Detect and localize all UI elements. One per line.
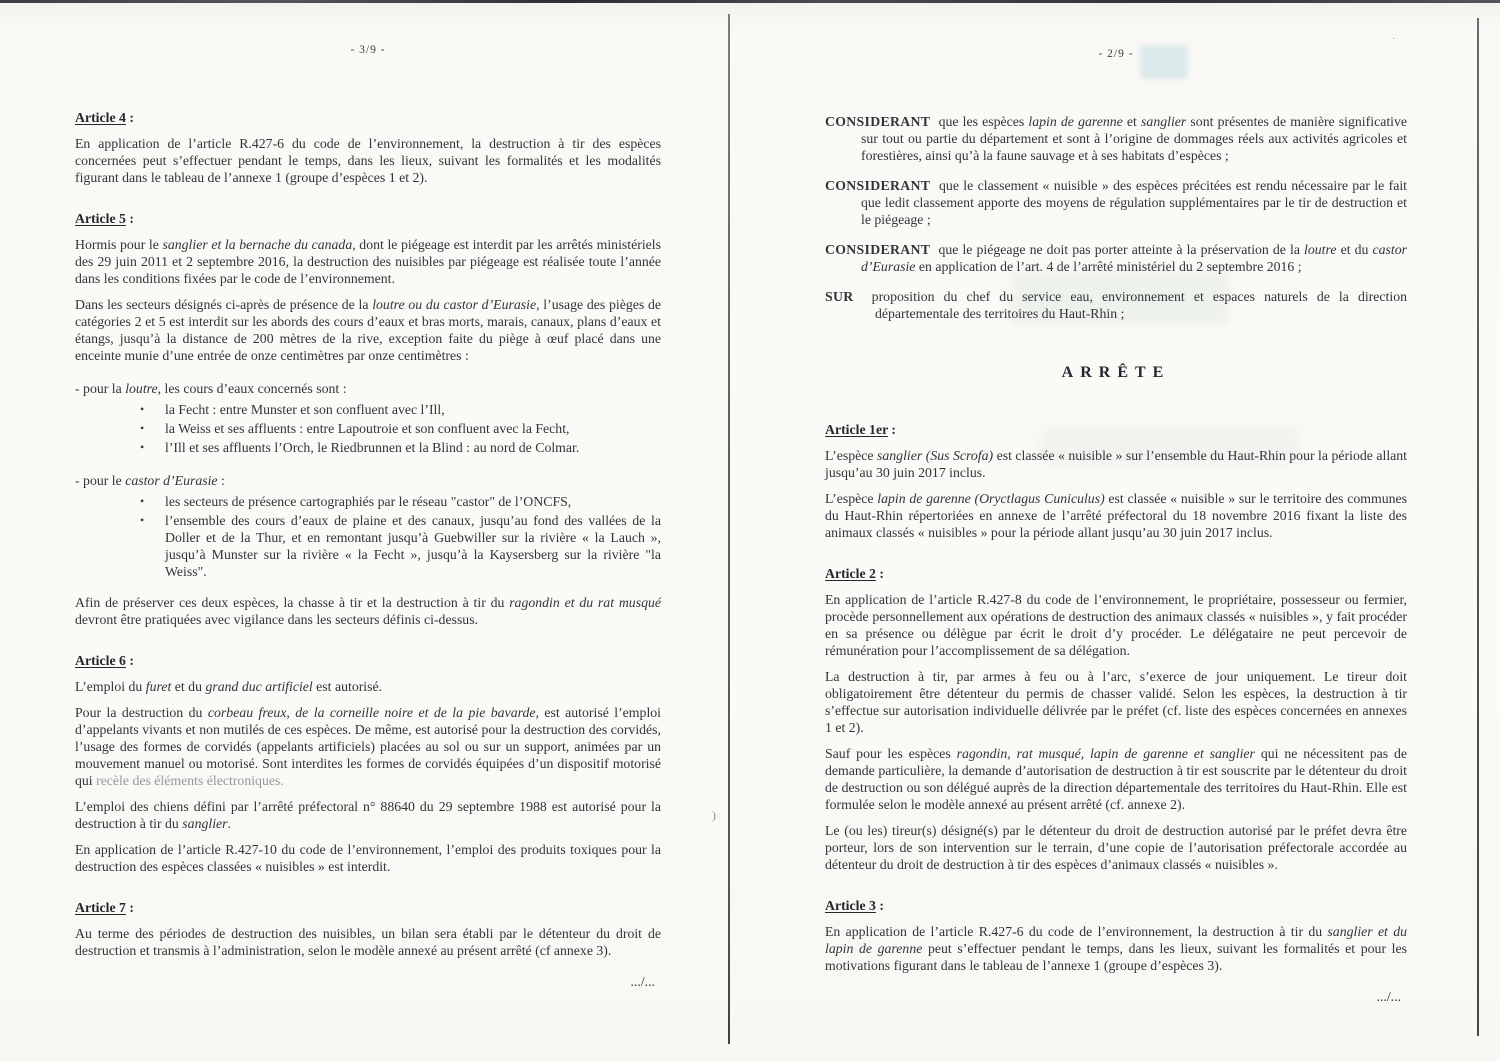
paragraph: L’emploi des chiens défini par l’arrêté …: [75, 798, 661, 832]
species-name-italic: sanglier et du lapin de garenne: [825, 924, 1407, 956]
continuation-mark: .../...: [825, 988, 1407, 1005]
continuation-mark: .../...: [75, 973, 661, 990]
clause-keyword: CONSIDERANT: [825, 114, 930, 129]
document-page-2of9: - 2/9 -CONSIDERANT que les espèces lapin…: [825, 40, 1407, 1005]
dash-item: - pour le castor d’Eurasie :: [75, 472, 661, 489]
sur-clause: SUR proposition du chef du service eau, …: [825, 288, 1407, 322]
species-name-italic: sanglier: [182, 816, 227, 831]
article-heading: Article 1er :: [825, 421, 1407, 438]
article-heading-label: Article 3: [825, 898, 876, 913]
article-heading-label: Article 7: [75, 900, 126, 915]
species-name-italic: grand duc artificiel: [205, 679, 312, 694]
bullet-item: la Fecht : entre Munster et son confluen…: [165, 401, 661, 418]
article-heading-label: Article 4: [75, 110, 126, 125]
article-heading-label: Article 1er: [825, 422, 888, 437]
scan-top-edge-artifact: [0, 0, 1500, 3]
paragraph: L’espèce sanglier (Sus Scrofa) est class…: [825, 447, 1407, 481]
species-name-italic: loutre ou du castor d’Eurasie: [372, 297, 536, 312]
document-page-3of9: - 3/9 -Article 4 :En application de l’ar…: [75, 36, 661, 990]
bullet-item: l’Ill et ses affluents l’Orch, le Riedbr…: [165, 439, 661, 456]
decree-title: ARRÊTE: [825, 364, 1407, 381]
paragraph: En application de l’article R.427-10 du …: [75, 841, 661, 875]
species-name-italic: ragondin, rat musqué, lapin de garenne e…: [957, 746, 1255, 761]
paragraph: Hormis pour le sanglier et la bernache d…: [75, 236, 661, 287]
article-heading: Article 7 :: [75, 899, 661, 916]
considerant-clause: CONSIDERANT que le classement « nuisible…: [825, 177, 1407, 228]
scanned-document: ) · - 3/9 -Article 4 :En application de …: [0, 0, 1500, 1061]
species-name-italic: sanglier (Sus Scrofa): [877, 448, 993, 463]
article-heading-label: Article 6: [75, 653, 126, 668]
species-name-italic: furet: [146, 679, 172, 694]
paragraph: En application de l’article R.427-6 du c…: [75, 135, 661, 186]
species-name-italic: lapin de garenne (Oryctlagus Cuniculus): [877, 491, 1104, 506]
scan-speck: ): [712, 808, 716, 823]
page-number: - 3/9 -: [75, 42, 661, 59]
paragraph: L’espèce lapin de garenne (Oryctlagus Cu…: [825, 490, 1407, 541]
paragraph: Au terme des périodes de destruction des…: [75, 925, 661, 959]
considerant-clause: CONSIDERANT que les espèces lapin de gar…: [825, 113, 1407, 164]
article-heading: Article 2 :: [825, 565, 1407, 582]
paragraph: La destruction à tir, par armes à feu ou…: [825, 668, 1407, 736]
species-name-italic: loutre: [125, 381, 157, 396]
paragraph: En application de l’article R.427-8 du c…: [825, 591, 1407, 659]
species-name-italic: sanglier: [1141, 114, 1186, 129]
paragraph: L’emploi du furet et du grand duc artifi…: [75, 678, 661, 695]
considerant-clause: CONSIDERANT que le piégeage ne doit pas …: [825, 241, 1407, 275]
bullet-item: l’ensemble des cours d’eaux de plaine et…: [165, 512, 661, 580]
page-right-edge-line: [1477, 18, 1479, 1036]
article-heading: Article 5 :: [75, 210, 661, 227]
bullet-item: la Weiss et ses affluents : entre Lapout…: [165, 420, 661, 437]
species-name-italic: corbeau freux, de la corneille noire et …: [208, 705, 536, 720]
bullet-list: la Fecht : entre Munster et son confluen…: [75, 401, 661, 456]
article-heading-label: Article 2: [825, 566, 876, 581]
paragraph: Le (ou les) tireur(s) désigné(s) par le …: [825, 822, 1407, 873]
page-number: - 2/9 -: [825, 46, 1407, 63]
page-fold-divider: [728, 14, 730, 1044]
paragraph: Sauf pour les espèces ragondin, rat musq…: [825, 745, 1407, 813]
article-heading: Article 3 :: [825, 897, 1407, 914]
species-name-italic: lapin de garenne: [1028, 114, 1122, 129]
clause-keyword: SUR: [825, 289, 854, 304]
species-name-italic: ragondin et du rat musqué: [509, 595, 661, 610]
clause-keyword: CONSIDERANT: [825, 242, 930, 257]
paragraph: Dans les secteurs désignés ci-après de p…: [75, 296, 661, 364]
paragraph: Afin de préserver ces deux espèces, la c…: [75, 594, 661, 628]
species-name-italic: castor d’Eurasie: [125, 473, 217, 488]
species-name-italic: loutre: [1304, 242, 1336, 257]
bullet-item: les secteurs de présence cartographiés p…: [165, 493, 661, 510]
paragraph: En application de l’article R.427-6 du c…: [825, 923, 1407, 974]
clause-keyword: CONSIDERANT: [825, 178, 930, 193]
article-heading-label: Article 5: [75, 211, 126, 226]
bullet-list: les secteurs de présence cartographiés p…: [75, 493, 661, 580]
faded-text: recèle des éléments électroniques.: [96, 773, 284, 788]
article-heading: Article 4 :: [75, 109, 661, 126]
paragraph: Pour la destruction du corbeau freux, de…: [75, 704, 661, 789]
article-heading: Article 6 :: [75, 652, 661, 669]
dash-item: - pour la loutre, les cours d’eaux conce…: [75, 380, 661, 397]
species-name-italic: sanglier et la bernache du canada: [162, 237, 352, 252]
